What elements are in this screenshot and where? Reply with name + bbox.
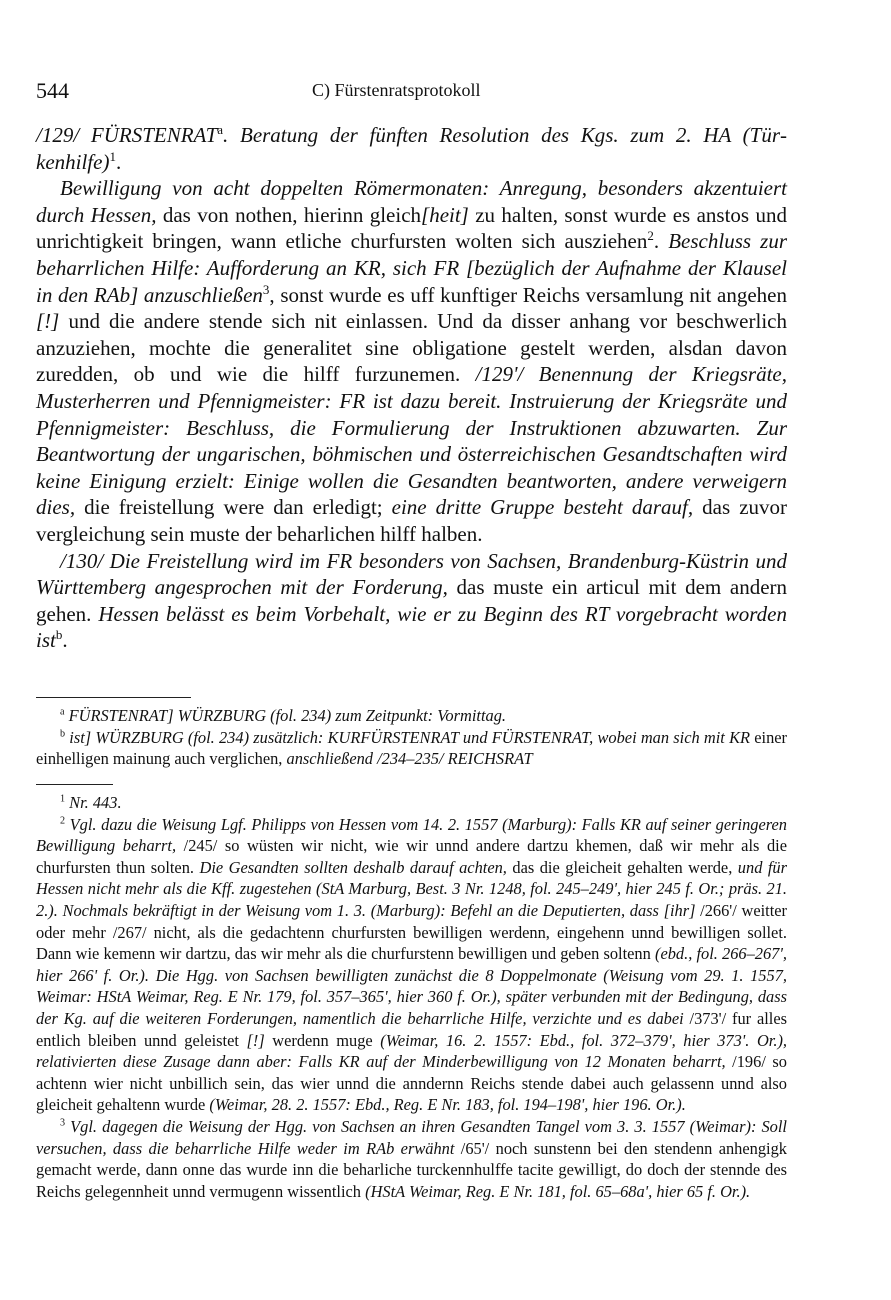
footnote-2: 2 Vgl. dazu die Weisung Lgf. Philipps vo…	[36, 814, 787, 1116]
apparatus-note-b: b ist] WÜRZBURG (fol. 234) zusätzlich: K…	[36, 727, 787, 770]
folio-ref: /129/	[36, 123, 91, 147]
apparatus-notes: a FÜRSTENRAT] WÜRZBURG (fol. 234) zum Ze…	[36, 705, 787, 770]
session-heading: /129/ FÜRSTENRATa. Beratung der fünften …	[36, 122, 787, 175]
page-number: 544	[36, 78, 69, 104]
running-header: 544 C) Fürstenratsprotokoll	[36, 78, 787, 106]
section-title: C) Fürstenratsprotokoll	[312, 80, 481, 101]
main-text: /129/ FÜRSTENRATa. Beratung der fünften …	[36, 122, 787, 654]
paragraph-1: Bewilligung von acht doppelten Römermona…	[36, 175, 787, 547]
footnote-divider	[36, 784, 113, 785]
paragraph-2: /130/ Die Freistellung wird im FR besond…	[36, 548, 787, 654]
footnote-1: 1 Nr. 443.	[36, 792, 787, 814]
apparatus-divider	[36, 697, 191, 698]
heading-body: FÜRSTENRAT	[91, 123, 217, 147]
apparatus-note-a: a FÜRSTENRAT] WÜRZBURG (fol. 234) zum Ze…	[36, 705, 787, 727]
footnote-3: 3 Vgl. dagegen die Weisung der Hgg. von …	[36, 1116, 787, 1202]
footnotes: 1 Nr. 443. 2 Vgl. dazu die Weisung Lgf. …	[36, 792, 787, 1202]
